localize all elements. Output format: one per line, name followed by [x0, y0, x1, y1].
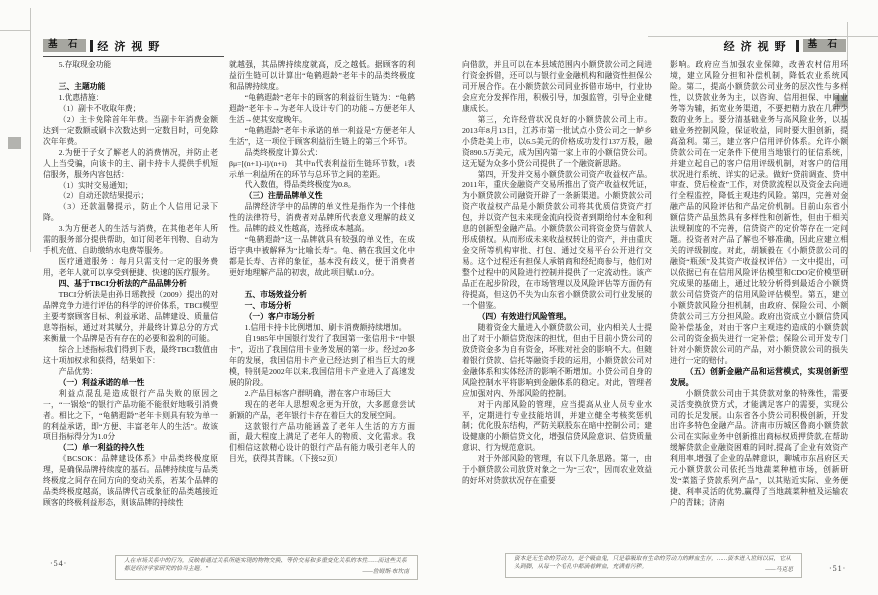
paragraph: （1）副卡不收取年费； [43, 104, 218, 115]
right-page-column-1: 向借款，并且可以在本县域范围内小额贷款公司之间进行资金拆借，还可以与银行业金融机… [462, 60, 652, 544]
magazine-title: 经济视野 [97, 38, 165, 54]
section-badge: 基 石 [803, 39, 846, 52]
left-page-column-2: 就越强，其品牌持续度就高，反之越低。据顾客的利益衍生链可以计算出“龟鹤遐龄”老年… [229, 60, 415, 544]
paragraph: 品类终极度计算公式： [229, 148, 415, 159]
section-heading: 五、市场效益分析 [229, 290, 415, 301]
paragraph: 综合上述指标我们得到下表，最终TBCI数值由这十项加权求和获得，结果如下： [43, 345, 218, 367]
paragraph: 品牌经济学中的品牌的单义性是指作为一个排他性的法律符号，消费者对品牌所代表意义理… [229, 202, 415, 235]
left-page-body: 5.存取现金功能三、主题功能1.优惠措施：（1）副卡不收取年费；（2）主卡免除首… [43, 60, 416, 544]
paragraph: 医疗通道服务 ：每月只需支付一定的服务费用，老年人就可以享受到便捷、快速的医疗服… [43, 257, 218, 279]
paragraph: 代入数值，得品类终极度为0.8。 [229, 180, 415, 191]
paragraph: 《BCSOK：品牌建设体系》中品类终极度原理，是确保品牌持续度的基石。品牌持续度… [43, 454, 218, 509]
section-heading: （一）利益承诺的单一性 [43, 378, 218, 389]
paragraph: 1.优惠措施： [43, 93, 218, 104]
paragraph: （2）自动还款结果提示； [43, 191, 218, 202]
paragraph: 小额贷款公司由于其贷款对象的特殊性，需要灵活变换放贷方式，才能满足客户的需要，实… [670, 389, 848, 509]
left-page: 基 石 经济视野 5.存取现金功能三、主题功能1.优惠措施：（1）副卡不收取年费… [43, 38, 416, 583]
quote-attribution: ——马克思 [765, 567, 793, 575]
quote-text: 资本是无生命的劳动力，是个吸血鬼，只是靠吸取有生命的劳动力的鲜血生存，……资本进… [514, 556, 791, 570]
section-heading: （二）单一利益的持久性 [43, 443, 218, 454]
paragraph: 对于内部风险的管理，应当提高从业人员专业水平，定期进行专业技能培训，并建立健全考… [462, 400, 652, 455]
paragraph: 自1985年中国银行发行了我国第一张信用卡“中银卡”，迈出了我国信用卡业务发展的… [229, 334, 415, 389]
left-page-header: 基 石 经济视野 [43, 38, 165, 53]
right-page-column-2: 影响。政府应当加强农业保障，改善农村信用环境，建立风险分担和补偿机制，降低农业系… [670, 60, 848, 544]
paragraph: “龟鹤遐龄”老年卡承诺的单一利益是“方便老年人生活”，这一项位于顾客利益衍生链上… [229, 126, 415, 148]
page-number-left: ·54· [50, 559, 67, 568]
paragraph: 随着资金大量进入小额贷款公司，业内相关人士提出了对于小额信贷泡沫的担忧，但由于目… [462, 323, 652, 400]
section-heading: 一、市场分析 [229, 301, 415, 312]
paragraph: 第四，开发并交易小额贷款公司资产收益权产品。2011年，重庆金融资产交易所推出了… [462, 170, 652, 312]
magazine-spread: 基 石 经济视野 5.存取现金功能三、主题功能1.优惠措施：（1）副卡不收取年费… [0, 0, 878, 595]
binding-mark-left [8, 137, 21, 149]
section-heading: （五）创新金融产品和运营模式，实现创新型发展。 [670, 367, 848, 389]
paragraph: （2）主卡免除首年年费。当副卡年消费金额达到一定数额或刷卡次数达到一定数目时，可… [43, 115, 218, 148]
quote-attribution: ——詹姆斯·布坎南 [362, 569, 409, 577]
section-heading: 四、基于TBCI分析法的产品品牌分析 [43, 279, 218, 290]
section-heading: （一）客户市场分析 [229, 312, 415, 323]
paragraph: （1）实时交易通知； [43, 181, 218, 192]
paragraph: 影响。政府应当加强农业保障，改善农村信用环境，建立风险分担和补偿机制，降低农业系… [670, 60, 848, 367]
header-rule [43, 56, 224, 57]
paragraph: 1.信用卡持卡比例增加、刷卡消费额持续增加。 [229, 323, 415, 334]
paragraph: 现在的老年人思想观念更为开放，大多愿意尝试新颖的产品，老年银行卡存在着巨大的发展… [229, 400, 415, 422]
paragraph: 2.为便于子女了解老人的消费情况，并防止老人上当受骗，向该卡的主、副卡持卡人提供… [43, 148, 218, 181]
header-divider-bar [796, 40, 799, 52]
crop-mark-vertical-left [30, 8, 31, 252]
header-divider-bar [90, 40, 93, 52]
magazine-title: 经济视野 [724, 38, 792, 54]
paragraph: 就越强，其品牌持续度就高，反之越低。据顾客的利益衍生链可以计算出“龟鹤遐龄”老年… [229, 60, 415, 93]
paragraph: 这款银行产品功能涵盖了老年人生活的方方面面，最大程度上满足了老年人的物质、文化需… [229, 422, 415, 466]
right-page-body: 向借款，并且可以在本县域范围内小额贷款公司之间进行资金拆借，还可以与银行业金融机… [462, 60, 848, 544]
section-heading: （四）有效进行风险管理。 [462, 312, 652, 323]
page-number-right: ·51· [829, 564, 846, 573]
right-page: 经济视野 基 石 向借款，并且可以在本县域范围内小额贷款公司之间进行资金拆借，还… [462, 38, 848, 583]
paragraph: “龟鹤遐龄”这一品牌就具有较强的单义性，在成语字典中被解释为“比喻长寿”。龟、鹤… [229, 235, 415, 279]
paragraph: 第三，允许经营状况良好的小额贷款公司上市。2013年8月13日，江苏市第一批试点… [462, 115, 652, 170]
paragraph: “龟鹤遐龄”老年卡的顾客的利益衍生链为：“龟鹤遐龄”老年卡→为老年人设计专门的功… [229, 93, 415, 126]
paragraph: 2.产品目标客户群明确，潜在客户市场巨大 [229, 389, 415, 400]
paragraph: 产品优势： [43, 367, 218, 378]
paragraph: 利益点混乱是造成银行产品失败的原因之一，“一锅烩”的银行产品功能不能很好地吸引消… [43, 389, 218, 444]
paragraph: TBCI分析法是由孙日瑶教授（2009）提出的对品牌竞争力进行评估的科学的评价体… [43, 290, 218, 345]
paragraph: βμ=[(n+1)-i]/(n+i) 其中n代表利益衍生链环节数，i表示单一利益… [229, 159, 415, 181]
footer-pull-quote-right: 资本是无生命的劳动力，是个吸血鬼，只是靠吸取有生命的劳动力的鲜血生存，……资本进… [505, 553, 802, 578]
right-page-header: 经济视野 基 石 [724, 38, 846, 53]
crop-mark-horizontal-left [0, 30, 31, 31]
footer-pull-quote-left: 人在市场关系中的行为，反映着通过关系所能实现的物物交换、等价交易和多重变化关系的… [115, 555, 418, 580]
section-badge: 基 石 [43, 39, 86, 52]
paragraph: 5.存取现金功能 [43, 60, 218, 71]
paragraph: 对于外部风险的管理，有以下几条思路。第一，由于小额贷款公司放贷对象之一为“三农”… [462, 454, 652, 487]
section-heading: （三）注册品牌单义性 [229, 191, 415, 202]
paragraph: （3）还款温馨提示，防止个人信用记录下降。 [43, 202, 218, 224]
paragraph: 向借款，并且可以在本县域范围内小额贷款公司之间进行资金拆借，还可以与银行业金融机… [462, 60, 652, 115]
section-heading: 三、主题功能 [43, 82, 218, 93]
paragraph: 3.为方便老人的生活与消费，在其他老年人所需的服务部分提供帮助，如订阅老年刊物、… [43, 224, 218, 257]
left-page-column-1: 5.存取现金功能三、主题功能1.优惠措施：（1）副卡不收取年费；（2）主卡免除首… [43, 60, 218, 544]
